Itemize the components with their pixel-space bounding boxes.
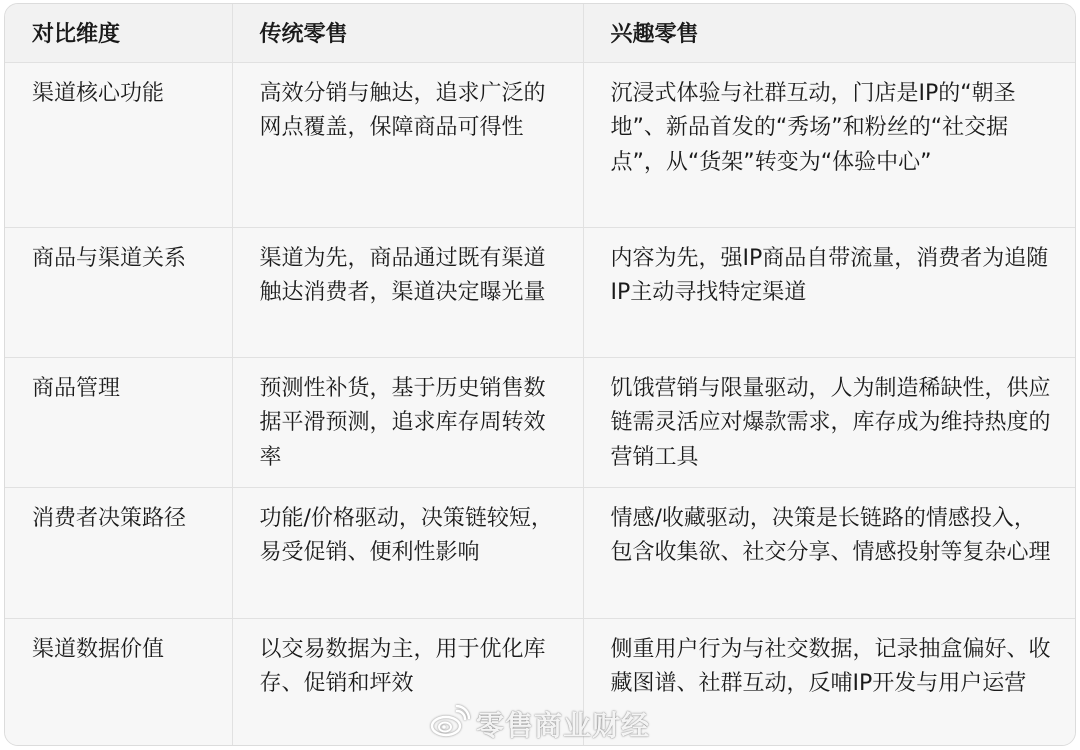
table-row: 商品管理 预测性补货，基于历史销售数据平滑预测，追求库存周转效率 饥饿营销与限量… <box>5 357 1075 487</box>
table-row: 消费者决策路径 功能/价格驱动，决策链较短，易受促销、便利性影响 情感/收藏驱动… <box>5 487 1075 618</box>
cell-interest: 饥饿营销与限量驱动，人为制造稀缺性，供应链需灵活应对爆款需求，库存成为维持热度的… <box>583 357 1075 487</box>
cell-traditional: 高效分销与触达，追求广泛的网点覆盖，保障商品可得性 <box>232 62 583 227</box>
cell-interest: 侧重用户行为与社交数据，记录抽盒偏好、收藏图谱、社群互动，反哺IP开发与用户运营 <box>583 618 1075 746</box>
cell-traditional: 以交易数据为主，用于优化库存、促销和坪效 <box>232 618 583 746</box>
cell-traditional: 预测性补货，基于历史销售数据平滑预测，追求库存周转效率 <box>232 357 583 487</box>
comparison-table-container: 对比维度 传统零售 兴趣零售 渠道核心功能 高效分销与触达，追求广泛的网点覆盖，… <box>4 3 1076 746</box>
comparison-table: 对比维度 传统零售 兴趣零售 渠道核心功能 高效分销与触达，追求广泛的网点覆盖，… <box>5 4 1075 746</box>
header-interest-retail: 兴趣零售 <box>583 4 1075 62</box>
table-row: 渠道数据价值 以交易数据为主，用于优化库存、促销和坪效 侧重用户行为与社交数据，… <box>5 618 1075 746</box>
header-dimension: 对比维度 <box>5 4 232 62</box>
table-header-row: 对比维度 传统零售 兴趣零售 <box>5 4 1075 62</box>
cell-interest: 内容为先，强IP商品自带流量，消费者为追随IP主动寻找特定渠道 <box>583 227 1075 357</box>
cell-dimension: 消费者决策路径 <box>5 487 232 618</box>
table-row: 渠道核心功能 高效分销与触达，追求广泛的网点覆盖，保障商品可得性 沉浸式体验与社… <box>5 62 1075 227</box>
cell-dimension: 渠道核心功能 <box>5 62 232 227</box>
cell-traditional: 渠道为先，商品通过既有渠道触达消费者，渠道决定曝光量 <box>232 227 583 357</box>
cell-dimension: 商品管理 <box>5 357 232 487</box>
table-row: 商品与渠道关系 渠道为先，商品通过既有渠道触达消费者，渠道决定曝光量 内容为先，… <box>5 227 1075 357</box>
cell-traditional: 功能/价格驱动，决策链较短，易受促销、便利性影响 <box>232 487 583 618</box>
cell-dimension: 渠道数据价值 <box>5 618 232 746</box>
cell-interest: 沉浸式体验与社群互动，门店是IP的“朝圣地”、新品首发的“秀场”和粉丝的“社交据… <box>583 62 1075 227</box>
cell-dimension: 商品与渠道关系 <box>5 227 232 357</box>
header-traditional-retail: 传统零售 <box>232 4 583 62</box>
cell-interest: 情感/收藏驱动，决策是长链路的情感投入，包含收集欲、社交分享、情感投射等复杂心理 <box>583 487 1075 618</box>
